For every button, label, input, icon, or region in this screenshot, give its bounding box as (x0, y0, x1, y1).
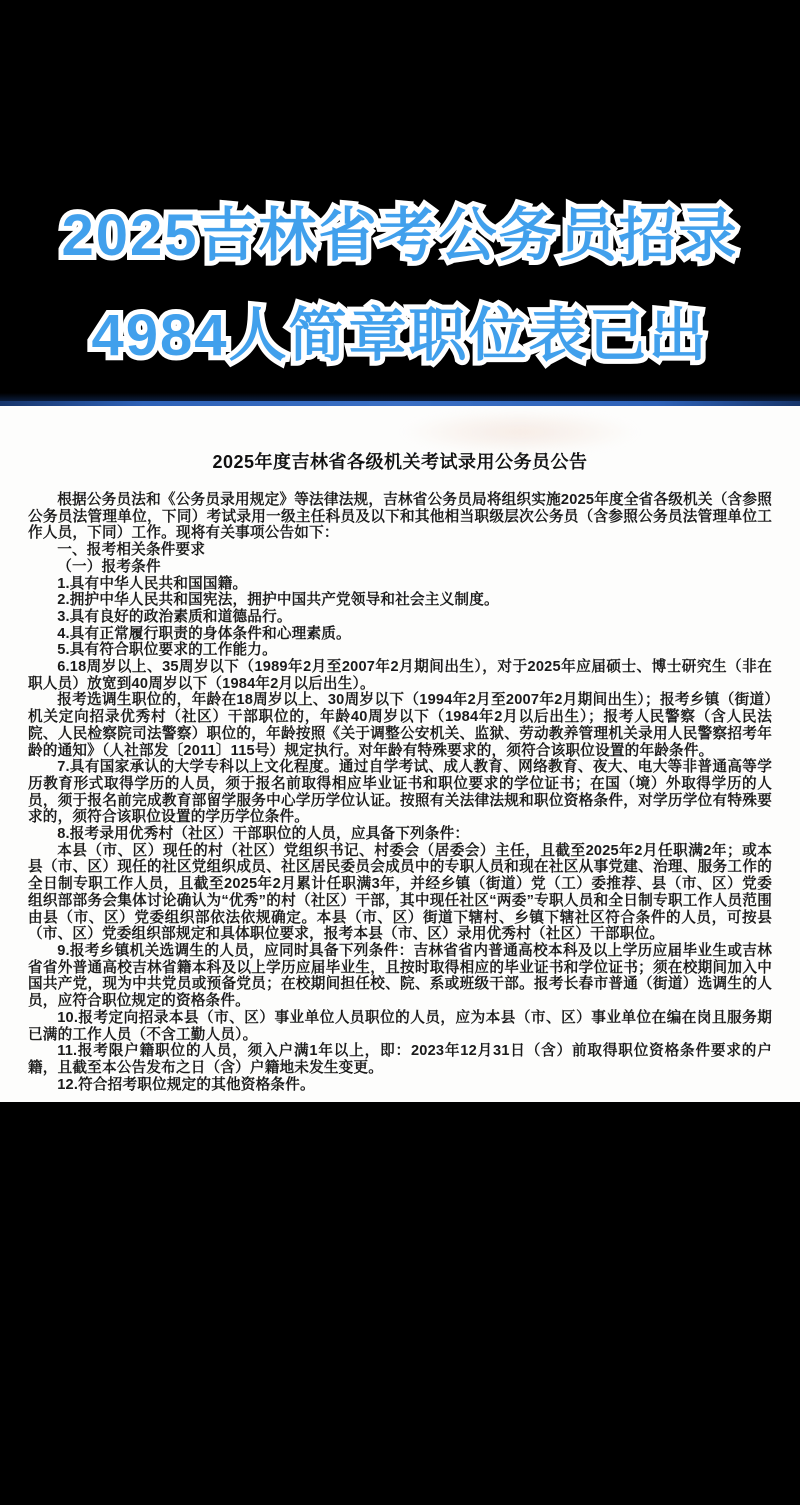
document-paragraph: 4.具有正常履行职责的身体条件和心理素质。 (28, 626, 772, 643)
banner-title-line1: 2025吉林省考公务员招录 2025吉林省考公务员招录 (0, 200, 800, 274)
document-paragraph: 6.18周岁以上、35周岁以下（1989年2月至2007年2月期间出生），对于2… (28, 659, 772, 692)
document-paragraph: 12.符合招考职位规定的其他资格条件。 (28, 1077, 772, 1094)
document-paragraph: 本县（市、区）现任的村（社区）党组织书记、村委会（居委会）主任，且截至2025年… (28, 843, 772, 943)
document-paragraph: 10.报考定向招录本县（市、区）事业单位人员职位的人员，应为本县（市、区）事业单… (28, 1010, 772, 1043)
banner-title-line1-text: 2025吉林省考公务员招录 (0, 200, 800, 272)
document-paragraph: 2.拥护中华人民共和国宪法，拥护中国共产党领导和社会主义制度。 (28, 592, 772, 609)
document-paragraph: 报考选调生职位的，年龄在18周岁以上、30周岁以下（1994年2月至2007年2… (28, 692, 772, 759)
page-root: 2025吉林省考公务员招录 2025吉林省考公务员招录 4984人简章职位表已出… (0, 0, 800, 1505)
document-paragraph: 一、报考相关条件要求 (28, 542, 772, 559)
document-paragraph: 5.具有符合职位要求的工作能力。 (28, 642, 772, 659)
banner-title-line2: 4984人简章职位表已出 4984人简章职位表已出 (0, 300, 800, 374)
document-title: 2025年度吉林省各级机关考试录用公务员公告 (28, 448, 772, 474)
document-body: 根据公务员法和《公务员录用规定》等法律法规，吉林省公务员局将组织实施2025年度… (28, 492, 772, 1093)
document-paragraph: 根据公务员法和《公务员录用规定》等法律法规，吉林省公务员局将组织实施2025年度… (28, 492, 772, 542)
document-paragraph: 9.报考乡镇机关选调生的人员，应同时具备下列条件：吉林省省内普通高校本科及以上学… (28, 943, 772, 1010)
document-sheet: 2025年度吉林省各级机关考试录用公务员公告 根据公务员法和《公务员录用规定》等… (0, 406, 800, 1102)
bottom-band (0, 1102, 800, 1505)
document-paragraph: 1.具有中华人民共和国国籍。 (28, 576, 772, 593)
document-paragraph: 7.具有国家承认的大学专科以上文化程度。通过自学考试、成人教育、网络教育、夜大、… (28, 759, 772, 826)
document-paragraph: 3.具有良好的政治素质和道德品行。 (28, 609, 772, 626)
navy-fade-strip (0, 393, 800, 401)
banner-title-line2-text: 4984人简章职位表已出 (0, 300, 800, 372)
document-paragraph: 8.报考录用优秀村（社区）干部职位的人员，应具备下列条件： (28, 826, 772, 843)
top-banner: 2025吉林省考公务员招录 2025吉林省考公务员招录 4984人简章职位表已出… (0, 0, 800, 401)
document-paragraph: （一）报考条件 (28, 559, 772, 576)
document-paragraph: 11.报考限户籍职位的人员，须入户满1年以上，即：2023年12月31日（含）前… (28, 1043, 772, 1076)
